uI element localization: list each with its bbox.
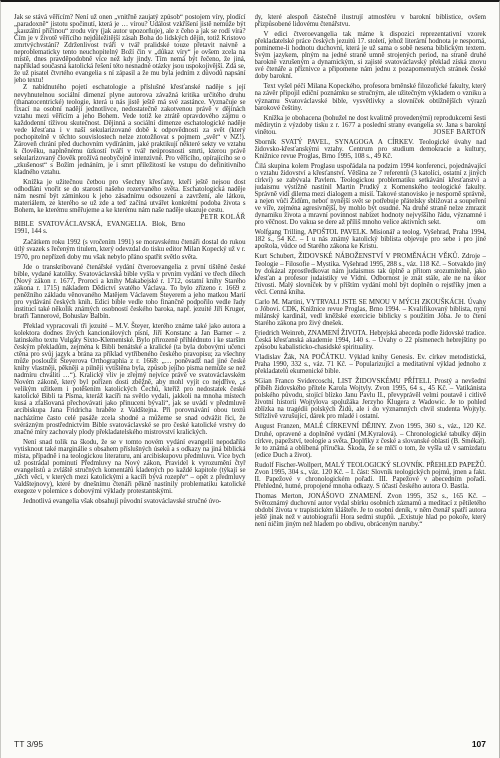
left-column: Jak se stává věřícím? Není už onen „vnit… [14,14,246,714]
block-text: Jednotlivá evangelia však obsahují původ… [23,498,221,505]
review-signature: PETR KOLÁŘ [185,214,245,221]
text-block: Jak se stává věřícím? Není už onen „vnit… [14,14,246,84]
journal-issue-label: TT 3/95 [14,739,43,749]
text-block: Text vyšel péčí Milana Kopeckého, profes… [255,83,487,111]
block-text: Rudolf Fischer-Wollpert, MALÝ TEOLOGICKÝ… [255,462,487,490]
review-signature: JOSEF BARTOŇ [418,129,486,136]
text-block: Rudolf Fischer-Wollpert, MALÝ TEOLOGICKÝ… [255,462,487,490]
page-footer: TT 3/95 107 [14,739,486,749]
scanned-journal-page: Jak se stává věřícím? Není už onen „vnit… [0,0,500,758]
text-block: Není snad tolik na škodu, že se v tomto … [14,439,246,495]
text-block: Thomas Merton, JONÁŠOVO ZNAMENÍ. Zvon 19… [255,493,487,528]
block-text: V edici čtveroevangelia tak máme k dispo… [255,31,487,80]
block-text: Začátkem roku 1992 (s vročením 1991) se … [14,239,246,260]
block-text: Jde o transkribované čtenářské vydání čt… [14,264,246,320]
text-block: Wolfgang Trilling, APOŠTOL PAVELK. Misio… [255,229,487,250]
block-text: Kurt Schubert, ŽIDOVSKÉ NÁBOŽENSTVÍ V PR… [255,253,487,295]
block-text: Carlo M. Martini, VYTRVALI JSTE SE MNOU … [255,299,487,327]
text-block: Jde o transkribované čtenářské vydání čt… [14,264,246,320]
block-text: Překlad vypracovali tři jezuité – M.V. Š… [14,323,246,436]
block-text: Z nabídnutého pojetí eschatologie a přís… [14,84,246,176]
block-text: SGian Franco Svidercoschi, LIST ŽIDOVSKÉ… [255,378,487,420]
block-text: Friedrich Weinreb, ZNAMENÍ ŽIVOTA. Hebre… [255,330,487,351]
right-column: dy, které alespoň částečně ilustrují atm… [255,14,487,714]
block-text: Text vyšel péčí Milana Kopeckého, profes… [255,83,487,111]
text-block: Vladislav Žák, NA POČÁTKU. Výklad knihy … [255,354,487,375]
text-block: Knížka je obohacena (bohužel ne dost kva… [255,115,487,136]
block-text: Čilá skupina kolem Proglasu uspořádala n… [255,163,487,226]
block-text: Není snad tolik na škodu, že se v tomto … [14,439,246,495]
text-block: Z nabídnutého pojetí eschatologie a přís… [14,84,246,176]
text-block: Friedrich Weinreb, ZNAMENÍ ŽIVOTA. Hebre… [255,330,487,351]
text-block: Carlo M. Martini, VYTRVALI JSTE SE MNOU … [255,299,487,327]
text-block: BIBLE SVATOVÁCLAVSKÁ, EVANGELIA. Blok, B… [14,221,246,235]
text-block: V edici čtveroevangelia tak máme k dispo… [255,31,487,80]
block-text: Jak se stává věřícím? Není už onen „vnit… [14,14,246,84]
text-columns: Jak se stává věřícím? Není už onen „vnit… [14,14,486,714]
page-number: 107 [472,739,486,749]
block-text: Sborník SVATÝ PAVEL, SYNAGOGA A CÍRKEV. … [255,139,487,160]
block-text: Wolfgang Trilling, APOŠTOL PAVELK. Misio… [255,229,487,250]
review-signature: om [471,219,486,226]
text-block: SGian Franco Svidercoschi, LIST ŽIDOVSKÉ… [255,378,487,420]
text-block: dy, které alespoň částečně ilustrují atm… [255,14,487,28]
text-block: Překlad vypracovali tři jezuité – M.V. Š… [14,323,246,436]
text-block: Začátkem roku 1992 (s vročením 1991) se … [14,239,246,260]
block-text: Knížka je užitečnou četbou pro všechny k… [14,179,246,214]
block-text: BIBLE SVATOVÁCLAVSKÁ, EVANGELIA. Blok, B… [14,221,185,235]
text-block: Jednotlivá evangelia však obsahují původ… [14,498,246,505]
block-text: dy, které alespoň částečně ilustrují atm… [255,14,487,28]
text-block: August Franzen, MALÉ CÍRKEVNÍ DĚJINY. Zv… [255,423,487,458]
text-block: Sborník SVATÝ PAVEL, SYNAGOGA A CÍRKEV. … [255,139,487,160]
block-text: August Franzen, MALÉ CÍRKEVNÍ DĚJINY. Zv… [255,423,487,458]
text-block: Knížka je užitečnou četbou pro všechny k… [14,179,246,214]
block-text: Vladislav Žák, NA POČÁTKU. Výklad knihy … [255,354,487,375]
text-block: Čilá skupina kolem Proglasu uspořádala n… [255,163,487,226]
block-text: Thomas Merton, JONÁŠOVO ZNAMENÍ. Zvon 19… [255,493,487,528]
text-block: Kurt Schubert, ŽIDOVSKÉ NÁBOŽENSTVÍ V PR… [255,253,487,295]
